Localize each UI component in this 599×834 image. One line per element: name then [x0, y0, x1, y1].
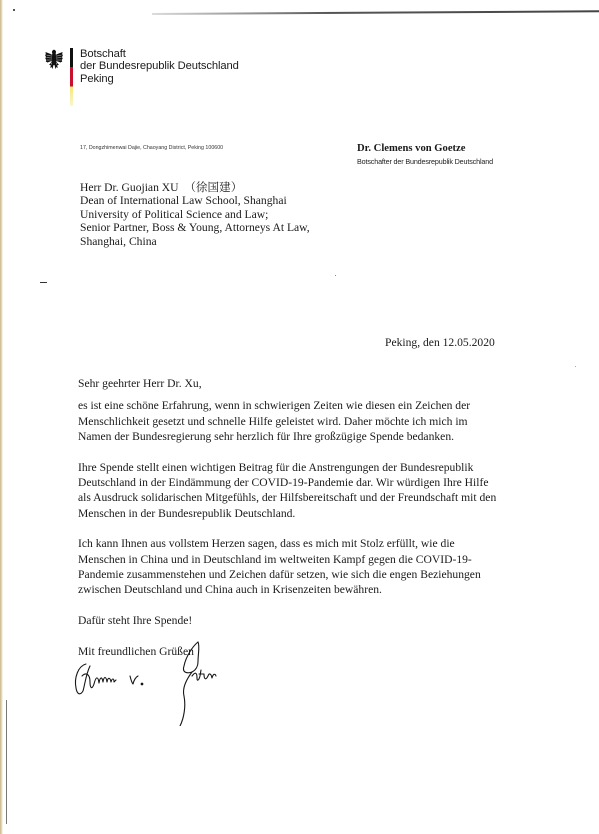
scan-speck [335, 275, 336, 276]
recipient-line: Senior Partner, Boss & Young, Attorneys … [80, 221, 310, 234]
sender-address: 17, Dongzhimenwai Dajie, Chaoyang Distri… [80, 145, 223, 151]
paragraph-line: Ich kann Ihnen aus vollstem Herzen sagen… [78, 536, 518, 551]
paragraph-line: zwischen Deutschland und China auch in K… [78, 582, 518, 597]
scan-speck [575, 366, 576, 367]
recipient-line: Shanghai, China [80, 235, 310, 248]
recipient-line: Herr Dr. Guojian XU （徐国建） [80, 181, 310, 194]
paragraph: es ist eine schöne Erfahrung, wenn in sc… [78, 398, 518, 444]
handwritten-signature-icon [68, 636, 268, 726]
date-line: Peking, den 12.05.2020 [385, 336, 495, 349]
paragraph-line: es ist eine schöne Erfahrung, wenn in sc… [78, 398, 518, 413]
embassy-name-line: Botschaft [80, 48, 239, 60]
fold-mark [40, 282, 47, 283]
paragraph-line: Dafür steht Ihre Spende! [78, 613, 518, 628]
embassy-name-line: der Bundesrepublik Deutschland [80, 60, 239, 72]
paragraph: Ihre Spende stellt einen wichtigen Beitr… [78, 460, 518, 521]
embassy-name-line: Peking [80, 73, 239, 85]
salutation: Sehr geehrter Herr Dr. Xu, [78, 376, 518, 391]
closing-block: Mit freundlichen Grüßen [78, 644, 518, 659]
letter-body: Sehr geehrter Herr Dr. Xu, es ist eine s… [78, 376, 518, 659]
paragraph: Ich kann Ihnen aus vollstem Herzen sagen… [78, 536, 518, 597]
signatory-name: Dr. Clemens von Goetze [357, 143, 493, 154]
letterhead: Botschaft der Bundesrepublik Deutschland… [45, 48, 239, 106]
scan-speck [13, 9, 15, 11]
paragraph-line: Deutschland in der Eindämmung der COVID-… [78, 475, 518, 490]
paragraph-line: Ihre Spende stellt einen wichtigen Beitr… [78, 460, 518, 475]
embassy-name: Botschaft der Bundesrepublik Deutschland… [80, 48, 239, 85]
paragraph-line: Menschlichkeit gesetzt und schnelle Hilf… [78, 414, 518, 429]
flag-bar [70, 48, 73, 106]
paragraph-line: als Ausdruck solidarischen Mitgefühls, d… [78, 490, 518, 505]
paragraph-line: Namen der Bundesregierung sehr herzlich … [78, 429, 518, 444]
scan-edge [0, 0, 3, 834]
recipient-line: University of Political Science and Law; [80, 208, 310, 221]
signatory-block: Dr. Clemens von Goetze Botschafter der B… [357, 143, 493, 166]
recipient-line: Dean of International Law School, Shangh… [80, 194, 310, 207]
paragraph-line: Pandemie zusammenstehen und Zeichen dafü… [78, 567, 518, 582]
scan-artifact-line [152, 10, 599, 15]
recipient-address: Herr Dr. Guojian XU （徐国建） Dean of Intern… [80, 181, 310, 248]
signatory-title: Botschafter der Bundesrepublik Deutschla… [357, 157, 493, 166]
scan-artifact-line [6, 700, 7, 824]
federal-eagle-icon [45, 49, 63, 71]
paragraph-line: Menschen in der Bundesrepublik Deutschla… [78, 506, 518, 521]
paragraph-line: Menschen in China und in Deutschland im … [78, 552, 518, 567]
paragraph: Dafür steht Ihre Spende! [78, 613, 518, 628]
